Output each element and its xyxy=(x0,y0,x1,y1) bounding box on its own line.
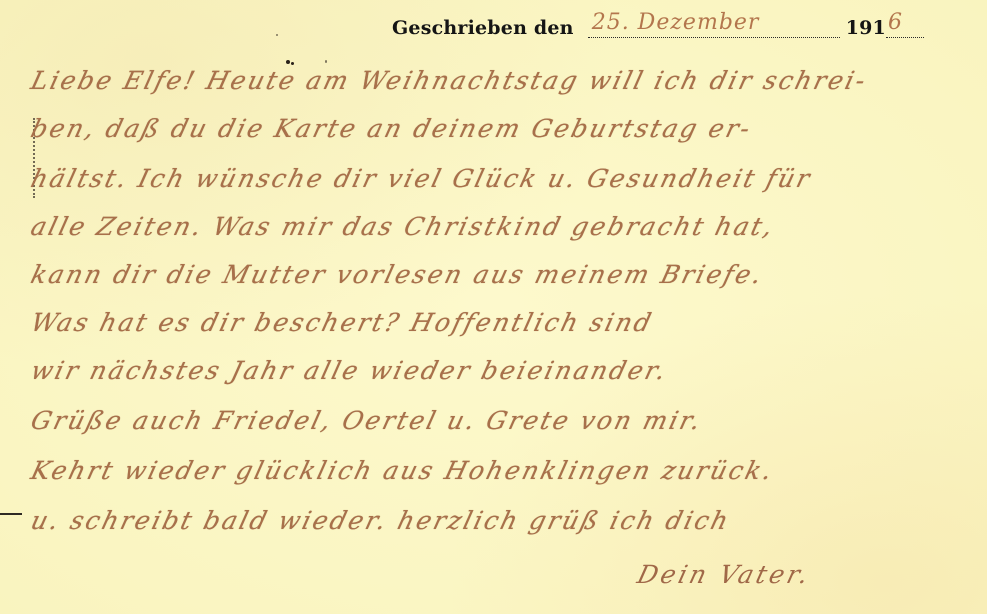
handwritten-year-digit: 6 xyxy=(888,10,903,35)
letter-line: alle Zeiten. Was mir das Christkind gebr… xyxy=(28,212,778,241)
letter-line: u. schreibt bald wieder. herzlich grüß i… xyxy=(28,506,734,535)
letter-line: wir nächstes Jahr alle wieder beieinande… xyxy=(28,356,671,385)
letter-line: kann dir die Mutter vorlesen aus meinem … xyxy=(28,260,767,289)
letter-line: Was hat es dir beschert? Hoffentlich sin… xyxy=(28,308,656,337)
date-header: Geschrieben den 25. Dezember 191 6 xyxy=(392,8,924,44)
handwritten-date: 25. Dezember xyxy=(592,10,760,35)
letter-line: Liebe Elfe! Heute am Weihnachtstag will … xyxy=(28,66,871,95)
letter-line: Kehrt wieder glücklich aus Hohenklingen … xyxy=(28,456,777,485)
ink-speck xyxy=(291,62,294,65)
date-field: 25. Dezember xyxy=(588,7,840,38)
ink-speck xyxy=(286,60,290,64)
printed-date-label: Geschrieben den xyxy=(392,19,574,44)
year-field: 6 xyxy=(886,7,924,38)
signature: Dein Vater. xyxy=(634,560,814,589)
letter-line: hältst. Ich wünsche dir viel Glück u. Ge… xyxy=(28,164,815,193)
letter-line: ben, daß du die Karte an deinem Geburtst… xyxy=(28,114,755,143)
ink-speck xyxy=(325,60,327,63)
letter-line: Grüße auch Friedel, Oertel u. Grete von … xyxy=(28,406,706,435)
ink-speck xyxy=(276,34,278,36)
edge-mark xyxy=(0,513,22,515)
printed-year-prefix: 191 xyxy=(846,19,886,44)
